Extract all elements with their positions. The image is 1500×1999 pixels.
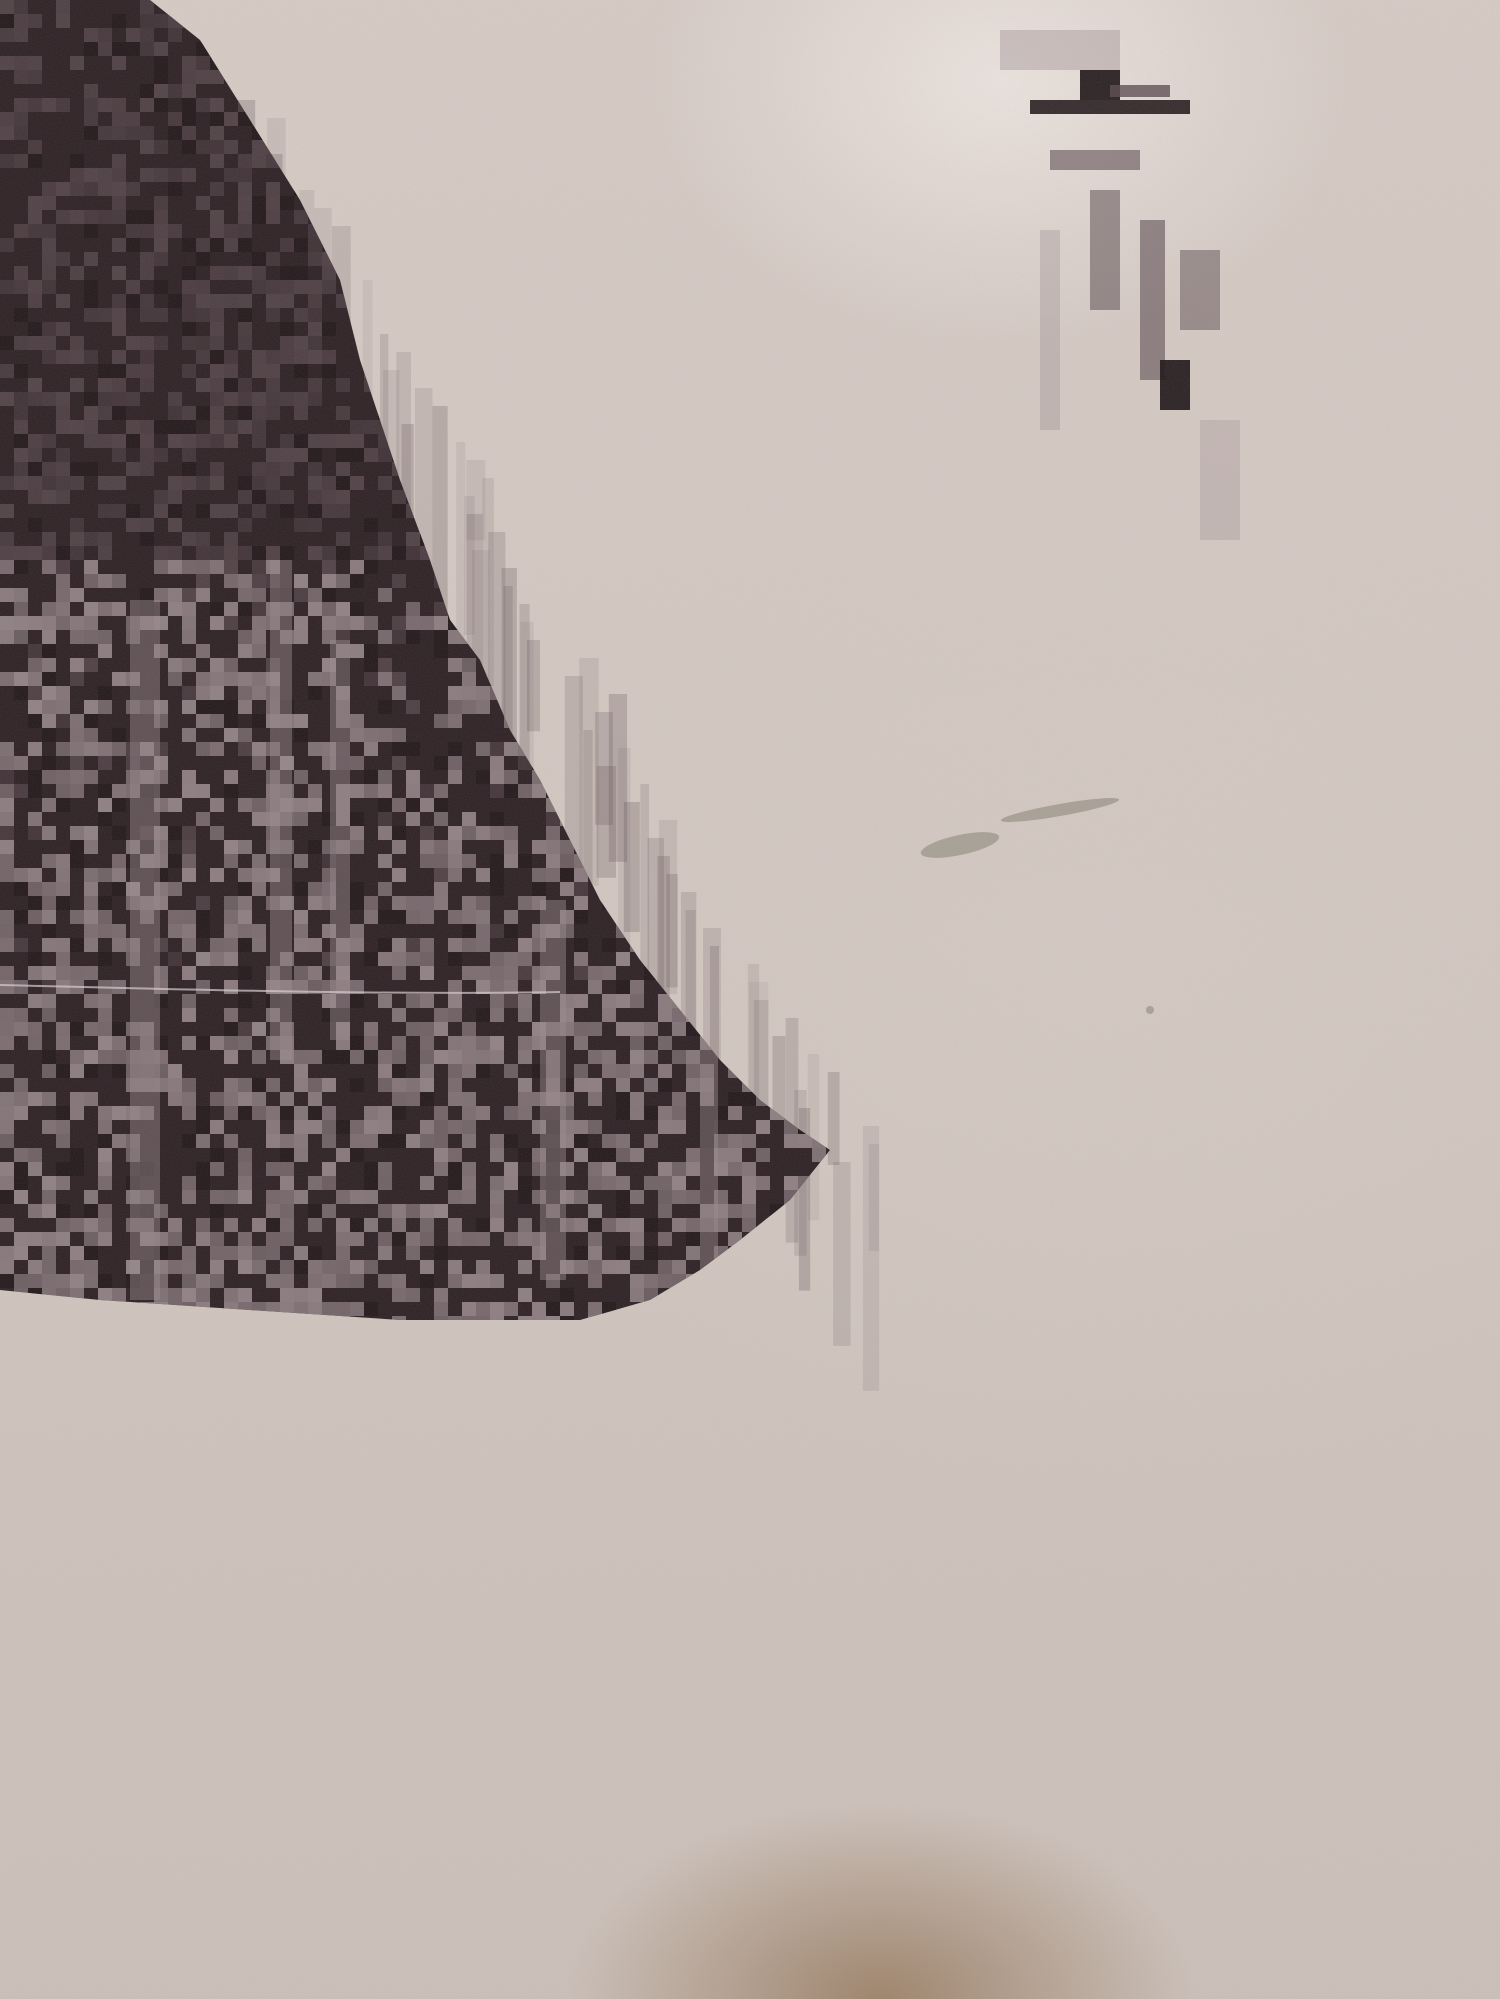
paper-grain xyxy=(0,0,1500,1999)
pixelated-print xyxy=(0,0,1500,1999)
